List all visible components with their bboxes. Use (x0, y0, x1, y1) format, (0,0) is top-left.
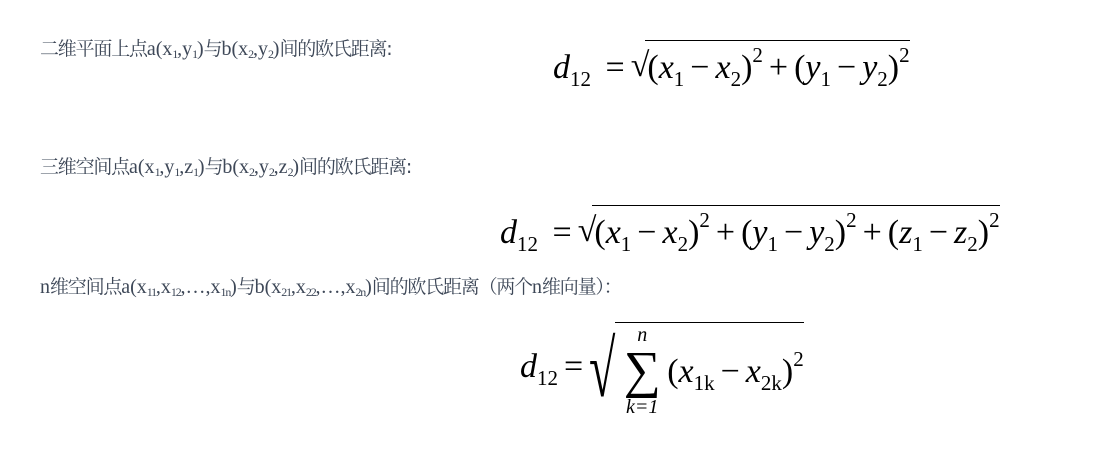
subscript: 21 (281, 285, 291, 299)
subscript: 2 (731, 67, 742, 91)
text: 间的欧氏距离: (299, 156, 411, 178)
sqrt-icon: √ (631, 49, 650, 83)
subscript: 12 (171, 285, 181, 299)
text: 二维平面上点 (40, 38, 147, 60)
var-x: x (746, 353, 761, 390)
paren: ( (667, 353, 678, 390)
paren: ) (888, 49, 899, 86)
text: ,z (274, 156, 288, 178)
text: ,y (177, 38, 192, 60)
text: ) (198, 156, 205, 178)
text: b(x (221, 38, 248, 60)
radicand: n∑k=1(x1k−x2k)2 (615, 322, 804, 417)
subscript: 12 (517, 232, 538, 256)
var-y: y (809, 214, 824, 251)
paren: ) (741, 49, 752, 86)
text: ,y (159, 156, 174, 178)
superscript: 2 (899, 43, 910, 67)
summation: n∑k=1 (617, 325, 667, 417)
equals: = (606, 49, 625, 86)
var-z: z (954, 214, 967, 251)
text: ) (365, 276, 372, 298)
text: 三维空间点 (40, 156, 129, 178)
var-y: y (805, 49, 820, 86)
text: ,…,x (316, 276, 356, 298)
superscript: 2 (752, 43, 763, 67)
text: 与 (205, 156, 223, 178)
label-2d-distance: 二维平面上点a(x1,y1)与b(x2,y2)间的欧氏距离: (40, 34, 391, 61)
paren: ( (794, 49, 805, 86)
subscript: 1 (621, 232, 632, 256)
subscript: 2 (967, 232, 978, 256)
superscript: 2 (699, 208, 710, 232)
subscript: 2n (356, 285, 366, 299)
text: ) (197, 38, 204, 60)
label-3d-distance: 三维空间点a(x1,y1,z1)与b(x2,y2,z2)间的欧氏距离: (40, 152, 411, 179)
paren: ) (688, 214, 699, 251)
lower-limit: k=1 (617, 397, 667, 417)
var-x: x (606, 214, 621, 251)
subscript: 1 (821, 67, 832, 91)
minus: − (721, 353, 740, 390)
minus: − (637, 214, 656, 251)
text: 间的欧氏距离（两个 (372, 276, 532, 298)
var-x: x (659, 49, 674, 86)
subscript: 2 (824, 232, 835, 256)
text: ,z (179, 156, 193, 178)
radicand: (x1−x2)2+(y1−y2)2 (645, 40, 909, 90)
paren: ) (782, 353, 793, 390)
minus: − (929, 214, 948, 251)
subscript: 1n (221, 285, 231, 299)
text: ,x (291, 276, 306, 298)
var-x: x (662, 214, 677, 251)
subscript: 2 (877, 67, 888, 91)
subscript: 1 (912, 232, 923, 256)
text: 维空间点 (50, 276, 121, 298)
subscript: 1 (674, 67, 685, 91)
sqrt-icon: √ (578, 214, 597, 248)
text: b(x (255, 276, 282, 298)
plus: + (769, 49, 788, 86)
var-d: d (520, 348, 537, 385)
paren: ( (888, 214, 899, 251)
text: ,y (253, 38, 268, 60)
subscript: 1k (694, 371, 715, 395)
radicand: (x1−x2)2+(y1−y2)2+(z1−z2)2 (592, 205, 999, 255)
superscript: 2 (846, 208, 857, 232)
minus: − (690, 49, 709, 86)
var-y: y (862, 49, 877, 86)
minus: − (784, 214, 803, 251)
var-d: d (553, 49, 570, 86)
var-x: x (679, 353, 694, 390)
text: 与 (204, 38, 222, 60)
var-z: z (899, 214, 912, 251)
subscript: 1 (768, 232, 779, 256)
equals: = (553, 214, 572, 251)
formula-3d: d12 =√(x1−x2)2+(y1−y2)2+(z1−z2)2 (500, 205, 1000, 255)
superscript: 2 (989, 208, 1000, 232)
subscript: 11 (147, 285, 156, 299)
text: a(x (121, 276, 147, 298)
formula-nd: d12=√n∑k=1(x1k−x2k)2 (520, 322, 804, 417)
plus: + (863, 214, 882, 251)
text: 间的欧氏距离: (279, 38, 391, 60)
text: 与 (237, 276, 255, 298)
paren: ) (835, 214, 846, 251)
minus: − (837, 49, 856, 86)
subscript: 2 (678, 232, 689, 256)
paren: ) (978, 214, 989, 251)
text: a(x (129, 156, 155, 178)
text: 维向量）： (542, 276, 622, 298)
plus: + (716, 214, 735, 251)
var-d: d (500, 214, 517, 251)
text: ,x (156, 276, 171, 298)
lower-limit-text: k=1 (626, 396, 658, 418)
text: n (40, 276, 50, 298)
text: ) (230, 276, 237, 298)
text: n (532, 276, 542, 298)
subscript: 22 (306, 285, 316, 299)
text: a(x (147, 38, 173, 60)
sigma-icon: ∑ (617, 345, 667, 397)
text: ,…,x (181, 276, 221, 298)
subscript: 12 (537, 366, 558, 390)
formula-2d: d12 =√(x1−x2)2+(y1−y2)2 (553, 40, 910, 90)
label-nd-distance: n维空间点a(x11,x12,…,x1n)与b(x21,x22,…,x2n)间的… (40, 272, 622, 299)
text: ,y (254, 156, 269, 178)
var-x: x (715, 49, 730, 86)
paren: ( (741, 214, 752, 251)
subscript: 2k (761, 371, 782, 395)
sqrt-icon: √ (589, 330, 606, 410)
subscript: 12 (570, 67, 591, 91)
equals: = (564, 348, 583, 385)
superscript: 2 (793, 347, 804, 371)
var-y: y (752, 214, 767, 251)
text: b(x (222, 156, 249, 178)
